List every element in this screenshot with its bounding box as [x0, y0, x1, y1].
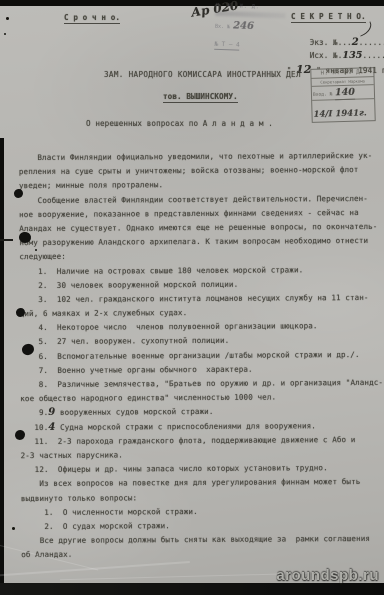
- scanned-document-page: С р о ч н о. Ар 020 Н. К. И. Д. Вх. № 24…: [0, 0, 384, 595]
- urgency-label: С р о ч н о.: [64, 13, 120, 24]
- faint-stamp-entry-line: Вх. № 246: [215, 20, 285, 33]
- faint-stamp-entry-number: 246: [233, 20, 254, 32]
- item-9-handwritten-count: 9: [48, 407, 55, 418]
- body-line: Все другие вопросы должны быть сняты как…: [21, 532, 379, 548]
- paper-speck: [35, 249, 37, 251]
- watermark: aroundspb.ru: [276, 567, 379, 584]
- stamp-entry-number: 140: [335, 87, 355, 101]
- faint-receipt-stamp: Н. К. И. Д. Вх. № 246 № Т — 4: [214, 3, 286, 52]
- recipient-title: ЗАМ. НАРОДНОГО КОМИССАРА ИНОСТРАННЫХ ДЕЛ: [104, 70, 301, 79]
- subject-line: О нерешенных вопросах по А л а н д а м .: [86, 119, 273, 128]
- scan-edge-left: [0, 138, 4, 595]
- faint-stamp-line3: № Т — 4: [214, 41, 240, 51]
- scan-edge-bottom: [0, 583, 384, 595]
- body-line: Из всех вопросов на повестке дня для уре…: [21, 475, 379, 491]
- faint-stamp-smudge: [215, 11, 285, 18]
- paper-speck: [6, 17, 9, 20]
- document-body: Власти Финляндии официально уведомили, ч…: [19, 149, 380, 563]
- paper-speck: [4, 33, 6, 35]
- body-line: об Аландах.: [21, 546, 379, 562]
- body-line: ному разоружению Аландского архипелага. …: [19, 234, 377, 250]
- paper-crease: [60, 573, 310, 581]
- item-10-number: 10.: [20, 422, 48, 431]
- item-9-number: 9.: [20, 408, 48, 417]
- item-10-text: Судна морской стражи с приспособлениями …: [55, 421, 316, 432]
- item-10-handwritten-count: 4: [48, 421, 55, 432]
- body-list-item: 8. Различные землячества, "Братьев по ор…: [20, 376, 378, 392]
- incoming-registry-stamp: Н. К. И. Д. Секретариат Наркома Вход. № …: [310, 67, 375, 123]
- body-list-item: 6. Вспомогательные военные организации /…: [20, 348, 378, 364]
- recipient-name: тов. ВЫШИНСКОМУ.: [163, 92, 238, 103]
- faint-stamp-org-line: Н. К. И. Д.: [216, 3, 286, 11]
- stamp-date-line: 14/I 1941г.: [312, 99, 375, 122]
- secrecy-label: С Е К Р Е Т Н О.: [291, 12, 366, 23]
- body-line: репления на суше срыты и уничтожены; вой…: [19, 163, 377, 179]
- scan-edge-corner-mark: [0, 239, 13, 241]
- body-list-item: 11. 2-3 парохода гражданского флота, под…: [20, 433, 378, 449]
- paper-speck: [12, 527, 15, 530]
- item-9-text: вооруженных судов морской стражи.: [55, 407, 213, 417]
- stamp-entry-label: Вход. №: [313, 92, 333, 98]
- stamp-date-handwritten: 14/I 1941г.: [313, 108, 367, 119]
- body-list-item: 3. 102 чел. гражданского института лоцма…: [20, 291, 378, 307]
- faint-stamp-entry-label: Вх. №: [215, 24, 230, 31]
